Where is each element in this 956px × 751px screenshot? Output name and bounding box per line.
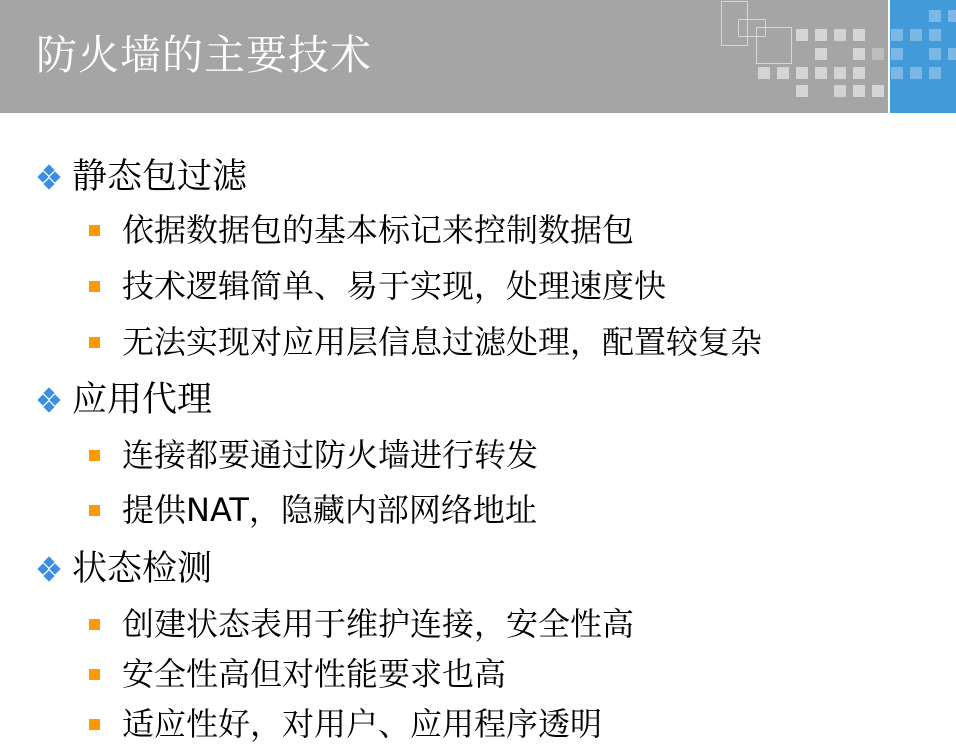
diamond-bullet-icon (38, 165, 72, 189)
list-item: 依据数据包的基本标记来控制数据包 (89, 210, 634, 250)
list-item-text: 连接都要通过防火墙进行转发 (122, 435, 538, 475)
section-heading-text: 应用代理 (72, 378, 212, 422)
list-item-text: 适应性好，对用户、应用程序透明 (122, 704, 602, 744)
square-bullet-icon (89, 505, 100, 516)
square-bullet-icon (89, 450, 100, 461)
list-item: 连接都要通过防火墙进行转发 (89, 435, 538, 475)
diamond-bullet-icon (38, 388, 72, 412)
square-bullet-icon (89, 225, 100, 236)
square-bullet-icon (89, 281, 100, 292)
section-heading-text: 状态检测 (72, 547, 212, 591)
square-bullet-icon (89, 337, 100, 348)
section-heading: 静态包过滤 (38, 155, 247, 199)
list-item: 创建状态表用于维护连接，安全性高 (89, 604, 634, 644)
list-item: 安全性高但对性能要求也高 (89, 654, 506, 694)
list-item: 无法实现对应用层信息过滤处理，配置较复杂 (89, 322, 762, 362)
list-item-text: 安全性高但对性能要求也高 (122, 654, 506, 694)
slide-body: 静态包过滤 依据数据包的基本标记来控制数据包 技术逻辑简单、易于实现，处理速度快… (0, 0, 956, 751)
list-item-text: 提供NAT，隐藏内部网络地址 (122, 490, 537, 530)
square-bullet-icon (89, 669, 100, 680)
section-heading-text: 静态包过滤 (72, 155, 247, 199)
slide: 防火墙的主要技术 静态包过滤 依据数据包的基本标记来控制数据包 技术逻辑简单、易… (0, 0, 956, 751)
list-item: 适应性好，对用户、应用程序透明 (89, 704, 602, 744)
section-heading: 状态检测 (38, 547, 212, 591)
list-item: 提供NAT，隐藏内部网络地址 (89, 490, 537, 530)
list-item-text: 无法实现对应用层信息过滤处理，配置较复杂 (122, 322, 762, 362)
diamond-bullet-icon (38, 557, 72, 581)
list-item-text: 技术逻辑简单、易于实现，处理速度快 (122, 266, 666, 306)
section-heading: 应用代理 (38, 378, 212, 422)
list-item: 技术逻辑简单、易于实现，处理速度快 (89, 266, 666, 306)
square-bullet-icon (89, 719, 100, 730)
list-item-text: 创建状态表用于维护连接，安全性高 (122, 604, 634, 644)
list-item-text: 依据数据包的基本标记来控制数据包 (122, 210, 634, 250)
square-bullet-icon (89, 619, 100, 630)
